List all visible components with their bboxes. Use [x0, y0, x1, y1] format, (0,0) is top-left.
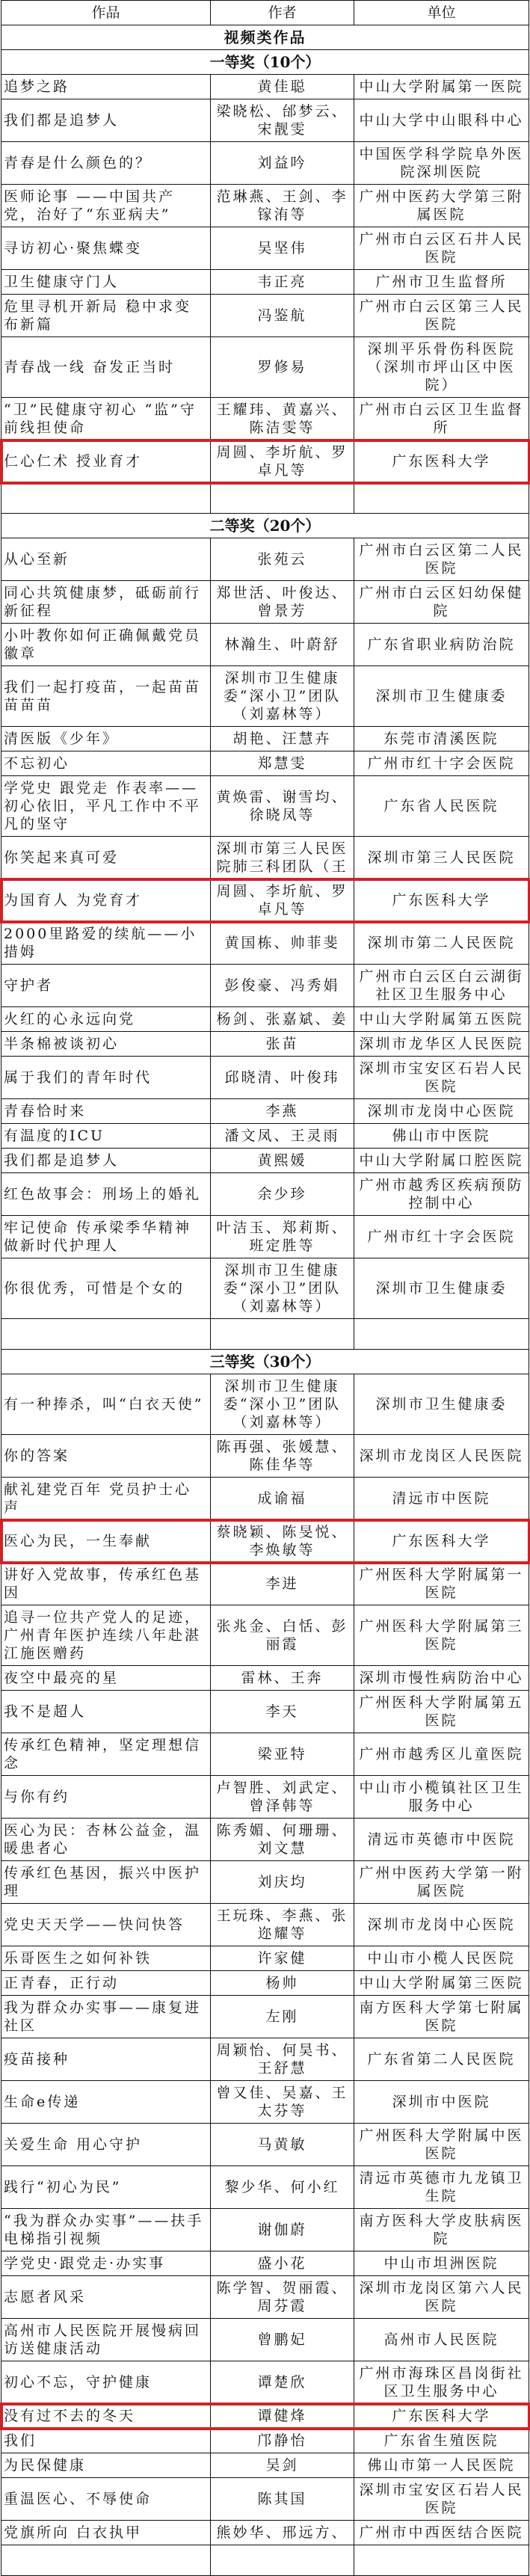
table-row: 不忘初心郑慧雯广州市红十字会医院 [1, 751, 529, 776]
author-cell: 左刚 [211, 1996, 354, 2038]
title-cell: 青春恰时来 [1, 1099, 211, 1124]
title-cell [1, 2545, 211, 2576]
title-cell: 危里寻机开新局 稳中求变布新篇 [1, 295, 211, 337]
author-cell: 邱晓清、叶俊玮 [211, 1057, 354, 1099]
unit-cell: 中山大学附属第三医院 [354, 1971, 529, 1996]
author-cell: 黄焕雷、谢雪均、徐晓凤等 [211, 776, 354, 837]
title-cell: 疫苗接种 [1, 2038, 211, 2081]
table-row: 卫生健康守门人韦正亮广州市卫生监督所 [1, 270, 529, 295]
author-cell: 李天 [211, 1691, 354, 1733]
column-header-unit: 单位 [354, 1, 529, 25]
author-cell: 蔡晓颖、陈旻悦、李焕敏等 [211, 1520, 354, 1563]
title-cell: 属于我们的青年时代 [1, 1057, 211, 1099]
author-cell: 深圳市第三人民医院肺三科团队（王 [211, 837, 354, 879]
author-cell: 谢伽蔚 [211, 2209, 354, 2251]
unit-cell: 广州医科大学附属中医医院 [354, 2124, 529, 2166]
table-row: 生命e传递曾又佳、吴嘉、王太芬等深圳市中医院 [1, 2081, 529, 2124]
title-cell: 正青春，正行动 [1, 1971, 211, 1996]
table-row: 我不是超人李天广州医科大学附属第五医院 [1, 1691, 529, 1733]
title-cell: 牢记使命 传承梁季华精神做新时代护理人 [1, 1216, 211, 1258]
column-header-title: 作品 [1, 1, 211, 25]
table-row: 我们都是追梦人黄熙媛中山大学附属口腔医院 [1, 1149, 529, 1173]
author-cell: 郑慧雯 [211, 751, 354, 776]
tier-heading-row: 一等奖（10个） [1, 50, 529, 75]
unit-cell: 广州市白云区卫生监督所 [354, 398, 529, 440]
table-row-highlighted: 医心为民，一生奉献蔡晓颖、陈旻悦、李焕敏等广东医科大学 [1, 1520, 529, 1563]
title-cell: 为民保健康 [1, 2453, 211, 2478]
author-cell: 李燕 [211, 1099, 354, 1124]
unit-cell: 广州市海珠区昌岗街社区卫生服务中心 [354, 2361, 529, 2404]
author-cell: 王耀玮、黄嘉兴、陈洁雯等 [211, 398, 354, 440]
title-cell: 为国育人 为党育才 [1, 879, 211, 922]
unit-cell: 中山市小榄人民医院 [354, 1946, 529, 1971]
title-cell: 小叶教你如何正确佩戴党员徽章 [1, 624, 211, 666]
author-cell: 胡艳、汪慧卉 [211, 727, 354, 751]
table-row: 志愿者风采陈学智、贺丽霞、周芬霞深圳市龙岗区第六人民医院 [1, 2276, 529, 2319]
unit-cell: 深圳市龙岗中心医院 [354, 1904, 529, 1946]
author-cell [211, 483, 354, 514]
table-row: 正青春，正行动杨帅中山大学附属第三医院 [1, 1971, 529, 1996]
unit-cell: 南方医科大学皮肤病医院 [354, 2209, 529, 2251]
title-cell: 寻访初心·聚焦蝶变 [1, 227, 211, 270]
table-row: 守护者彭俊豪、冯秀娟广州市白云区白云湖街社区卫生服务中心 [1, 965, 529, 1007]
title-cell [1, 483, 211, 514]
title-cell: 我们 [1, 2429, 211, 2453]
author-cell: 范琳燕、王剑、李镓洧等 [211, 185, 354, 227]
unit-cell: 深圳市第三人民医院 [354, 837, 529, 879]
author-cell: 刘庆均 [211, 1861, 354, 1904]
table-row-highlighted: 为国育人 为党育才周圆、李圻航、罗卓凡等广东医科大学 [1, 879, 529, 922]
title-cell: 青春战一线 奋发正当时 [1, 337, 211, 398]
title-cell: 党旗所向 白衣执甲 [1, 2521, 211, 2545]
unit-cell: 南方医科大学第七附属医院 [354, 1996, 529, 2038]
table-row: 高州市人民医院开展慢病回访送健康活动曾鹏妃高州市人民医院 [1, 2319, 529, 2361]
unit-cell: 清远市中医院 [354, 1478, 529, 1520]
title-cell: 追梦之路 [1, 75, 211, 99]
author-cell: 熊妙华、邢远方、 [211, 2521, 354, 2545]
author-cell: 深圳市卫生健康委“深小卫”团队（刘嘉林等） [211, 1258, 354, 1319]
unit-cell: 深圳市第二人民医院 [354, 922, 529, 965]
unit-cell: 深圳市龙岗中心医院 [354, 1099, 529, 1124]
unit-cell: 广州市白云区妇幼保健院 [354, 581, 529, 624]
author-cell: 黄国栋、帅菲斐 [211, 922, 354, 965]
unit-cell: 广东省第二人民医院 [354, 2038, 529, 2081]
unit-cell: 深圳市龙岗区人民医院 [354, 1435, 529, 1478]
title-cell: 生命e传递 [1, 2081, 211, 2124]
title-cell: 党史天天学——快问快答 [1, 1904, 211, 1946]
table-row: 追寻一位共产党人的足迹，广州青年医护连续八年赴湛江施医赠药张兆金、白恬、彭丽霞广… [1, 1605, 529, 1666]
author-cell [211, 1319, 354, 1350]
unit-cell: 广州市红十字会医院 [354, 1216, 529, 1258]
author-cell: 黎少华、何小红 [211, 2166, 354, 2209]
author-cell: 曾又佳、吴嘉、王太芬等 [211, 2081, 354, 2124]
unit-cell: 佛山市第一人民医院 [354, 2453, 529, 2478]
unit-cell: 广东省生殖医院 [354, 2429, 529, 2453]
unit-cell: 深圳市卫生健康委 [354, 1374, 529, 1435]
title-cell: 重温医心、不辱使命 [1, 2478, 211, 2521]
table-row: 小叶教你如何正确佩戴党员徽章林瀚生、叶蔚舒广东省职业病防治院 [1, 624, 529, 666]
title-cell: 仁心仁术 授业育才 [1, 440, 211, 483]
author-cell: 吴剑 [211, 2453, 354, 2478]
unit-cell: 广州市白云区白云湖街社区卫生服务中心 [354, 965, 529, 1007]
author-cell [211, 2545, 354, 2576]
table-row: 疫苗接种周颖怡、何昊书、王舒慧广东省第二人民医院 [1, 2038, 529, 2081]
title-cell: 2000里路爱的续航——小措姆 [1, 922, 211, 965]
table-row: 医师论事 ——中国共产党，治好了“东亚病夫”范琳燕、王剑、李镓洧等广州中医药大学… [1, 185, 529, 227]
title-cell: 高州市人民医院开展慢病回访送健康活动 [1, 2319, 211, 2361]
unit-cell: 东莞市清溪医院 [354, 727, 529, 751]
unit-cell: 深圳市龙岗区第六人民医院 [354, 2276, 529, 2319]
unit-cell: 中山市坦洲医院 [354, 2251, 529, 2276]
unit-cell: 深圳市宝安区石岩人民医院 [354, 1057, 529, 1099]
author-cell: 冯鉴航 [211, 295, 354, 337]
table-row-blank [1, 1319, 529, 1350]
author-cell: 罗修易 [211, 337, 354, 398]
author-cell: 梁亚特 [211, 1733, 354, 1776]
table-row: 追梦之路黄佳聪中山大学附属第一医院 [1, 75, 529, 99]
author-cell: 深圳市卫生健康委“深小卫”团队（刘嘉林等） [211, 1374, 354, 1435]
table-row: 清医版《少年》胡艳、汪慧卉东莞市清溪医院 [1, 727, 529, 751]
table-row: 有一种捧杀，叫“白衣天使”深圳市卫生健康委“深小卫”团队（刘嘉林等）深圳市卫生健… [1, 1374, 529, 1435]
table-row: 同心共筑健康梦，砥砺前行新征程郑世活、叶俊达、曾景芳广州市白云区妇幼保健院 [1, 581, 529, 624]
title-cell: 关爱生命 用心守护 [1, 2124, 211, 2166]
author-cell: 邝静怡 [211, 2429, 354, 2453]
unit-cell: 广州市中西医结合医院 [354, 2521, 529, 2545]
title-cell: 从心至新 [1, 538, 211, 581]
title-cell: 传承红色精神，坚定理想信念 [1, 1733, 211, 1776]
title-cell: 我们都是追梦人 [1, 99, 211, 142]
unit-cell: 广州医科大学附属第五医院 [354, 1691, 529, 1733]
table-row: 献礼建党百年 党员护士心声成谕福清远市中医院 [1, 1478, 529, 1520]
tier-heading-row: 三等奖（30个） [1, 1350, 529, 1374]
author-cell: 陈秀媚、何珊珊、刘文慧 [211, 1819, 354, 1861]
title-cell: 同心共筑健康梦，砥砺前行新征程 [1, 581, 211, 624]
table-row: 讲好入党故事，传承红色基因李进广州医科大学附属第一医院 [1, 1563, 529, 1605]
author-cell: 刘益吟 [211, 142, 354, 185]
unit-cell: 中国医学科学院阜外医院深圳医院 [354, 142, 529, 185]
tier-heading: 一等奖（10个） [1, 50, 529, 75]
tier-heading: 二等奖（20个） [1, 514, 529, 538]
author-cell: 韦正亮 [211, 270, 354, 295]
table-row: 夜空中最亮的星雷林、王奔深圳市慢性病防治中心 [1, 1666, 529, 1691]
table-row: 与你有约卢智胜、刘武定、曾泽韩等中山市小榄镇社区卫生服务中心 [1, 1776, 529, 1819]
table-row: 关爱生命 用心守护马黄敏广州医科大学附属中医医院 [1, 2124, 529, 2166]
title-cell: 讲好入党故事，传承红色基因 [1, 1563, 211, 1605]
tier-heading-row: 二等奖（20个） [1, 514, 529, 538]
table-row: 我为群众办实事——康复进社区左刚南方医科大学第七附属医院 [1, 1996, 529, 2038]
unit-cell: 广州市白云区第三人民医院 [354, 295, 529, 337]
table-row: 青春恰时来李燕深圳市龙岗中心医院 [1, 1099, 529, 1124]
author-cell: 杨剑、张嘉斌、姜 [211, 1007, 354, 1032]
unit-cell [354, 483, 529, 514]
author-cell: 潘文凤、王灵雨 [211, 1124, 354, 1149]
author-cell: 许家健 [211, 1946, 354, 1971]
title-cell: 有一种捧杀，叫“白衣天使” [1, 1374, 211, 1435]
unit-cell: 广东医科大学 [354, 440, 529, 483]
table-row: 传承红色精神，坚定理想信念梁亚特广州市越秀区儿童医院 [1, 1733, 529, 1776]
unit-cell: 佛山市中医院 [354, 1124, 529, 1149]
title-cell: 献礼建党百年 党员护士心声 [1, 1478, 211, 1520]
section-heading: 视频类作品 [1, 25, 529, 50]
author-cell: 王玩珠、李燕、张迩耀等 [211, 1904, 354, 1946]
table-row: 学党史·跟党走·办实事盛小花中山市坦洲医院 [1, 2251, 529, 2276]
title-cell: 你很优秀，可惜是个女的 [1, 1258, 211, 1319]
table-row: 传承红色基因，振兴中医护理刘庆均广州中医药大学第一附属医院 [1, 1861, 529, 1904]
author-cell: 谭健烽 [211, 2404, 354, 2429]
unit-cell: 清远市英德市九龙镇卫生院 [354, 2166, 529, 2209]
unit-cell: 高州市人民医院 [354, 2319, 529, 2361]
author-cell: 杨帅 [211, 1971, 354, 1996]
table-row-highlighted: 仁心仁术 授业育才周圆、李圻航、罗卓凡等广东医科大学 [1, 440, 529, 483]
table-row: 火红的心永远向党杨剑、张嘉斌、姜中山大学附属第五医院 [1, 1007, 529, 1032]
title-cell: 我不是超人 [1, 1691, 211, 1733]
author-cell: 雷林、王奔 [211, 1666, 354, 1691]
author-cell: 吴坚伟 [211, 227, 354, 270]
title-cell: 初心不忘，守护健康 [1, 2361, 211, 2404]
author-cell: 余少珍 [211, 1173, 354, 1216]
unit-cell: 广州市白云区第二人民医院 [354, 538, 529, 581]
author-cell: 陈学智、贺丽霞、周芬霞 [211, 2276, 354, 2319]
unit-cell: 广州市越秀区疾病预防控制中心 [354, 1173, 529, 1216]
unit-cell: 广东医科大学 [354, 1520, 529, 1563]
author-cell: 李进 [211, 1563, 354, 1605]
title-cell: 学党史·跟党走·办实事 [1, 2251, 211, 2276]
unit-cell: 深圳市龙华区人民医院 [354, 1032, 529, 1057]
title-cell: 红色故事会：刑场上的婚礼 [1, 1173, 211, 1216]
title-cell: 我为群众办实事——康复进社区 [1, 1996, 211, 2038]
author-cell: 黄熙媛 [211, 1149, 354, 1173]
table-row: 初心不忘，守护健康谭楚欣广州市海珠区昌岗街社区卫生服务中心 [1, 2361, 529, 2404]
table-row: 为民保健康吴剑佛山市第一人民医院 [1, 2453, 529, 2478]
author-cell: 陈再强、张媛慧、陈佳华等 [211, 1435, 354, 1478]
title-cell [1, 1319, 211, 1350]
author-cell: 叶洁玉、郑莉斯、班定胜等 [211, 1216, 354, 1258]
author-cell: 谭楚欣 [211, 2361, 354, 2404]
title-cell: 我们都是追梦人 [1, 1149, 211, 1173]
table-row: 红色故事会：刑场上的婚礼余少珍广州市越秀区疾病预防控制中心 [1, 1173, 529, 1216]
table-row: 青春战一线 奋发正当时罗修易深圳平乐骨伤科医院（深圳市坪山区中医院） [1, 337, 529, 398]
table-row: “我为群众办实事”——扶手电梯指引视频谢伽蔚南方医科大学皮肤病医院 [1, 2209, 529, 2251]
unit-cell: 广州市红十字会医院 [354, 751, 529, 776]
table-row: 你的答案陈再强、张媛慧、陈佳华等深圳市龙岗区人民医院 [1, 1435, 529, 1478]
unit-cell: 深圳市宝安区石岩人民医院 [354, 2478, 529, 2521]
table-header-row: 作品 作者 单位 [1, 1, 529, 25]
unit-cell [354, 1319, 529, 1350]
unit-cell: 清远市英德市中医院 [354, 1819, 529, 1861]
table-row: 寻访初心·聚焦蝶变吴坚伟广州市白云区石井人民医院 [1, 227, 529, 270]
author-cell: 张苗 [211, 1032, 354, 1057]
table-row-blank [1, 483, 529, 514]
author-cell: 深圳市卫生健康委“深小卫”团队（刘嘉林等） [211, 666, 354, 727]
table-row: 我们一起打疫苗，一起苗苗苗苗苗深圳市卫生健康委“深小卫”团队（刘嘉林等）深圳市卫… [1, 666, 529, 727]
author-cell: 梁晓松、邰梦云、宋靓雯 [211, 99, 354, 142]
table-row: 学党史 跟党走 作表率——初心依旧，平凡工作中不平凡的坚守黄焕雷、谢雪均、徐晓凤… [1, 776, 529, 837]
table-row: “卫”民健康守初心 “监”守前线担使命王耀玮、黄嘉兴、陈洁雯等广州市白云区卫生监… [1, 398, 529, 440]
title-cell: 学党史 跟党走 作表率——初心依旧，平凡工作中不平凡的坚守 [1, 776, 211, 837]
title-cell: 清医版《少年》 [1, 727, 211, 751]
author-cell: 郑世活、叶俊达、曾景芳 [211, 581, 354, 624]
table-row: 医心为民：杏林公益金，温暖患者心陈秀媚、何珊珊、刘文慧清远市英德市中医院 [1, 1819, 529, 1861]
unit-cell: 广州中医药大学第三附属医院 [354, 185, 529, 227]
unit-cell: 广东医科大学 [354, 879, 529, 922]
unit-cell: 广州市越秀区儿童医院 [354, 1733, 529, 1776]
author-cell: 卢智胜、刘武定、曾泽韩等 [211, 1776, 354, 1819]
table-row: 2000里路爱的续航——小措姆黄国栋、帅菲斐深圳市第二人民医院 [1, 922, 529, 965]
awards-table: 作品 作者 单位 视频类作品 一等奖（10个）追梦之路黄佳聪中山大学附属第一医院… [1, 0, 529, 2576]
title-cell: 守护者 [1, 965, 211, 1007]
table-row: 党史天天学——快问快答王玩珠、李燕、张迩耀等深圳市龙岗中心医院 [1, 1904, 529, 1946]
table-row: 牢记使命 传承梁季华精神做新时代护理人叶洁玉、郑莉斯、班定胜等广州市红十字会医院 [1, 1216, 529, 1258]
author-cell: 曾鹏妃 [211, 2319, 354, 2361]
table-row: 危里寻机开新局 稳中求变布新篇冯鉴航广州市白云区第三人民医院 [1, 295, 529, 337]
title-cell: 践行“初心为民” [1, 2166, 211, 2209]
table-row: 从心至新张苑云广州市白云区第二人民医院 [1, 538, 529, 581]
column-header-author: 作者 [211, 1, 354, 25]
unit-cell: 中山大学附属口腔医院 [354, 1149, 529, 1173]
table-row-blank [1, 2545, 529, 2576]
section-heading-row: 视频类作品 [1, 25, 529, 50]
author-cell: 马黄敏 [211, 2124, 354, 2166]
table-row: 半条棉被谈初心张苗深圳市龙华区人民医院 [1, 1032, 529, 1057]
title-cell: 卫生健康守门人 [1, 270, 211, 295]
unit-cell: 中山大学附属第五医院 [354, 1007, 529, 1032]
author-cell: 黄佳聪 [211, 75, 354, 99]
unit-cell: 广东省职业病防治院 [354, 624, 529, 666]
author-cell: 周圆、李圻航、罗卓凡等 [211, 879, 354, 922]
table-row-highlighted: 没有过不去的冬天谭健烽广东医科大学 [1, 2404, 529, 2429]
unit-cell: 中山市小榄镇社区卫生服务中心 [354, 1776, 529, 1819]
unit-cell: 深圳市卫生健康委 [354, 666, 529, 727]
author-cell: 彭俊豪、冯秀娟 [211, 965, 354, 1007]
author-cell: 周圆、李圻航、罗卓凡等 [211, 440, 354, 483]
unit-cell: 广州市白云区石井人民医院 [354, 227, 529, 270]
title-cell: “卫”民健康守初心 “监”守前线担使命 [1, 398, 211, 440]
title-cell: 医师论事 ——中国共产党，治好了“东亚病夫” [1, 185, 211, 227]
table-row: 青春是什么颜色的？刘益吟中国医学科学院阜外医院深圳医院 [1, 142, 529, 185]
author-cell: 张苑云 [211, 538, 354, 581]
table-row: 我们邝静怡广东省生殖医院 [1, 2429, 529, 2453]
table-row: 重温医心、不辱使命陈其国深圳市宝安区石岩人民医院 [1, 2478, 529, 2521]
table-row: 你笑起来真可爱深圳市第三人民医院肺三科团队（王深圳市第三人民医院 [1, 837, 529, 879]
table-row: 有温度的ICU潘文凤、王灵雨佛山市中医院 [1, 1124, 529, 1149]
unit-cell: 深圳市慢性病防治中心 [354, 1666, 529, 1691]
author-cell: 陈其国 [211, 2478, 354, 2521]
title-cell: 医心为民，一生奉献 [1, 1520, 211, 1563]
title-cell: 青春是什么颜色的？ [1, 142, 211, 185]
title-cell: 医心为民：杏林公益金，温暖患者心 [1, 1819, 211, 1861]
title-cell: “我为群众办实事”——扶手电梯指引视频 [1, 2209, 211, 2251]
unit-cell: 广州医科大学附属第三医院 [354, 1605, 529, 1666]
tier-heading: 三等奖（30个） [1, 1350, 529, 1374]
unit-cell: 深圳平乐骨伤科医院（深圳市坪山区中医院） [354, 337, 529, 398]
table-row: 乐哥医生之如何补铁许家健中山市小榄人民医院 [1, 1946, 529, 1971]
title-cell: 乐哥医生之如何补铁 [1, 1946, 211, 1971]
table-row: 你很优秀，可惜是个女的深圳市卫生健康委“深小卫”团队（刘嘉林等）深圳市卫生健康委 [1, 1258, 529, 1319]
title-cell: 你的答案 [1, 1435, 211, 1478]
unit-cell: 中山大学中山眼科中心 [354, 99, 529, 142]
title-cell: 没有过不去的冬天 [1, 2404, 211, 2429]
title-cell: 追寻一位共产党人的足迹，广州青年医护连续八年赴湛江施医赠药 [1, 1605, 211, 1666]
title-cell: 我们一起打疫苗，一起苗苗苗苗苗 [1, 666, 211, 727]
table-row: 践行“初心为民”黎少华、何小红清远市英德市九龙镇卫生院 [1, 2166, 529, 2209]
author-cell: 林瀚生、叶蔚舒 [211, 624, 354, 666]
title-cell: 不忘初心 [1, 751, 211, 776]
title-cell: 半条棉被谈初心 [1, 1032, 211, 1057]
unit-cell: 广州医科大学附属第一医院 [354, 1563, 529, 1605]
title-cell: 夜空中最亮的星 [1, 1666, 211, 1691]
unit-cell: 广东医科大学 [354, 2404, 529, 2429]
unit-cell: 广东省人民医院 [354, 776, 529, 837]
title-cell: 与你有约 [1, 1776, 211, 1819]
unit-cell [354, 2545, 529, 2576]
title-cell: 志愿者风采 [1, 2276, 211, 2319]
title-cell: 传承红色基因，振兴中医护理 [1, 1861, 211, 1904]
author-cell: 成谕福 [211, 1478, 354, 1520]
title-cell: 火红的心永远向党 [1, 1007, 211, 1032]
author-cell: 周颖怡、何昊书、王舒慧 [211, 2038, 354, 2081]
title-cell: 你笑起来真可爱 [1, 837, 211, 879]
table-row: 我们都是追梦人梁晓松、邰梦云、宋靓雯中山大学中山眼科中心 [1, 99, 529, 142]
author-cell: 张兆金、白恬、彭丽霞 [211, 1605, 354, 1666]
unit-cell: 广州市卫生监督所 [354, 270, 529, 295]
unit-cell: 深圳市中医院 [354, 2081, 529, 2124]
title-cell: 有温度的ICU [1, 1124, 211, 1149]
unit-cell: 广州中医药大学第一附属医院 [354, 1861, 529, 1904]
table-row: 党旗所向 白衣执甲熊妙华、邢远方、广州市中西医结合医院 [1, 2521, 529, 2545]
unit-cell: 中山大学附属第一医院 [354, 75, 529, 99]
unit-cell: 深圳市卫生健康委 [354, 1258, 529, 1319]
table-row: 属于我们的青年时代邱晓清、叶俊玮深圳市宝安区石岩人民医院 [1, 1057, 529, 1099]
author-cell: 盛小花 [211, 2251, 354, 2276]
